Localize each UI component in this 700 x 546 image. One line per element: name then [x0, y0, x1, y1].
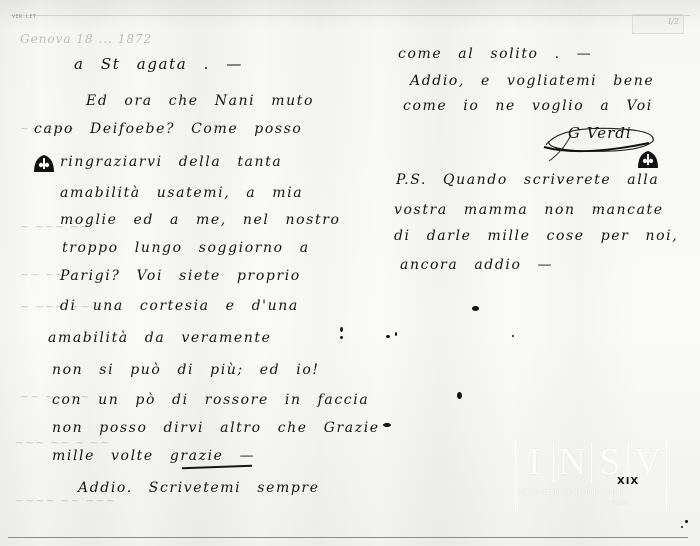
- archive-label: VER.LET: [12, 14, 37, 20]
- letter-line: come al solito . —: [398, 46, 592, 62]
- watermark-city: Parma: [611, 500, 629, 506]
- ink-spot: [386, 335, 390, 338]
- letter-line-text: a St agata . —: [74, 55, 243, 73]
- watermark-letter: N: [554, 442, 592, 482]
- letter-line: non posso dirvi altro che Grazie: [52, 420, 380, 436]
- ink-spot: [685, 520, 688, 523]
- watermark-subtitle: Istituto Nazionale di Studi Verdiani: [518, 489, 664, 496]
- ink-dot: [340, 336, 343, 339]
- letter-sheet: VER.LET I/2 Genova 18 ... 1872 ~~ ~~~ ~ …: [0, 0, 700, 546]
- letter-line-text: mille volte grazie —: [52, 448, 255, 464]
- letter-line: di una cortesia e d'una: [60, 298, 299, 314]
- letter-line: come io ne voglio a Voi: [403, 98, 653, 114]
- postscript-line: ancora addio —: [400, 257, 553, 273]
- letter-line: con un pò di rossore in faccia: [52, 392, 369, 408]
- letter-line: non si può di più; ed io!: [52, 362, 320, 378]
- institute-watermark: I N S V Istituto Nazionale di Studi Verd…: [515, 442, 667, 512]
- letter-line: Parigi? Voi siete proprio: [60, 268, 301, 284]
- watermark-letter: I: [516, 442, 554, 482]
- letter-line: amabilità da veramente: [48, 330, 271, 346]
- ink-spot: [681, 526, 683, 528]
- ink-spot: [383, 423, 391, 427]
- letter-line: a St agata . —: [74, 55, 243, 73]
- ink-spot: [472, 306, 479, 311]
- scan-top-edge: [10, 15, 690, 16]
- postscript-line: di darle mille cose per noi,: [394, 228, 678, 244]
- scan-bottom-edge: [8, 537, 688, 538]
- letter-line: ringraziarvi della tanta: [60, 154, 282, 170]
- dateline: Genova 18 ... 1872: [20, 32, 152, 46]
- letter-line: capo Deifoebe? Come posso: [34, 121, 302, 137]
- letter-line: moglie ed a me, nel nostro: [60, 212, 341, 228]
- postscript-line-text: ancora addio —: [400, 257, 553, 273]
- ink-spot: [457, 392, 462, 399]
- signature: G Verdi: [568, 124, 632, 142]
- letter-line: Addio. Scrivetemi sempre: [78, 480, 320, 496]
- ink-stamp-icon: [32, 152, 56, 174]
- stamp-mark: XIX: [617, 476, 639, 487]
- ink-stamp-icon: [636, 148, 660, 170]
- letter-line: Ed ora che Nani muto: [86, 93, 314, 109]
- letter-line: mille volte grazie —: [52, 448, 255, 464]
- ink-dot: [340, 327, 343, 332]
- postscript-line: vostra mamma non mancate: [394, 202, 664, 218]
- letter-line: troppo lungo soggiorno a: [62, 240, 310, 256]
- underline-stroke: [182, 465, 252, 469]
- ink-spot: [395, 332, 397, 336]
- corner-mark: I/2: [668, 17, 679, 26]
- postscript-line: P.S. Quando scriverete alla: [396, 172, 659, 188]
- letter-line: Addio, e vogliatemi bene: [410, 73, 654, 89]
- watermark-letters: I N S V: [516, 442, 666, 482]
- letter-line: amabilità usatemi, a mia: [60, 185, 303, 201]
- ink-spot: [512, 335, 514, 337]
